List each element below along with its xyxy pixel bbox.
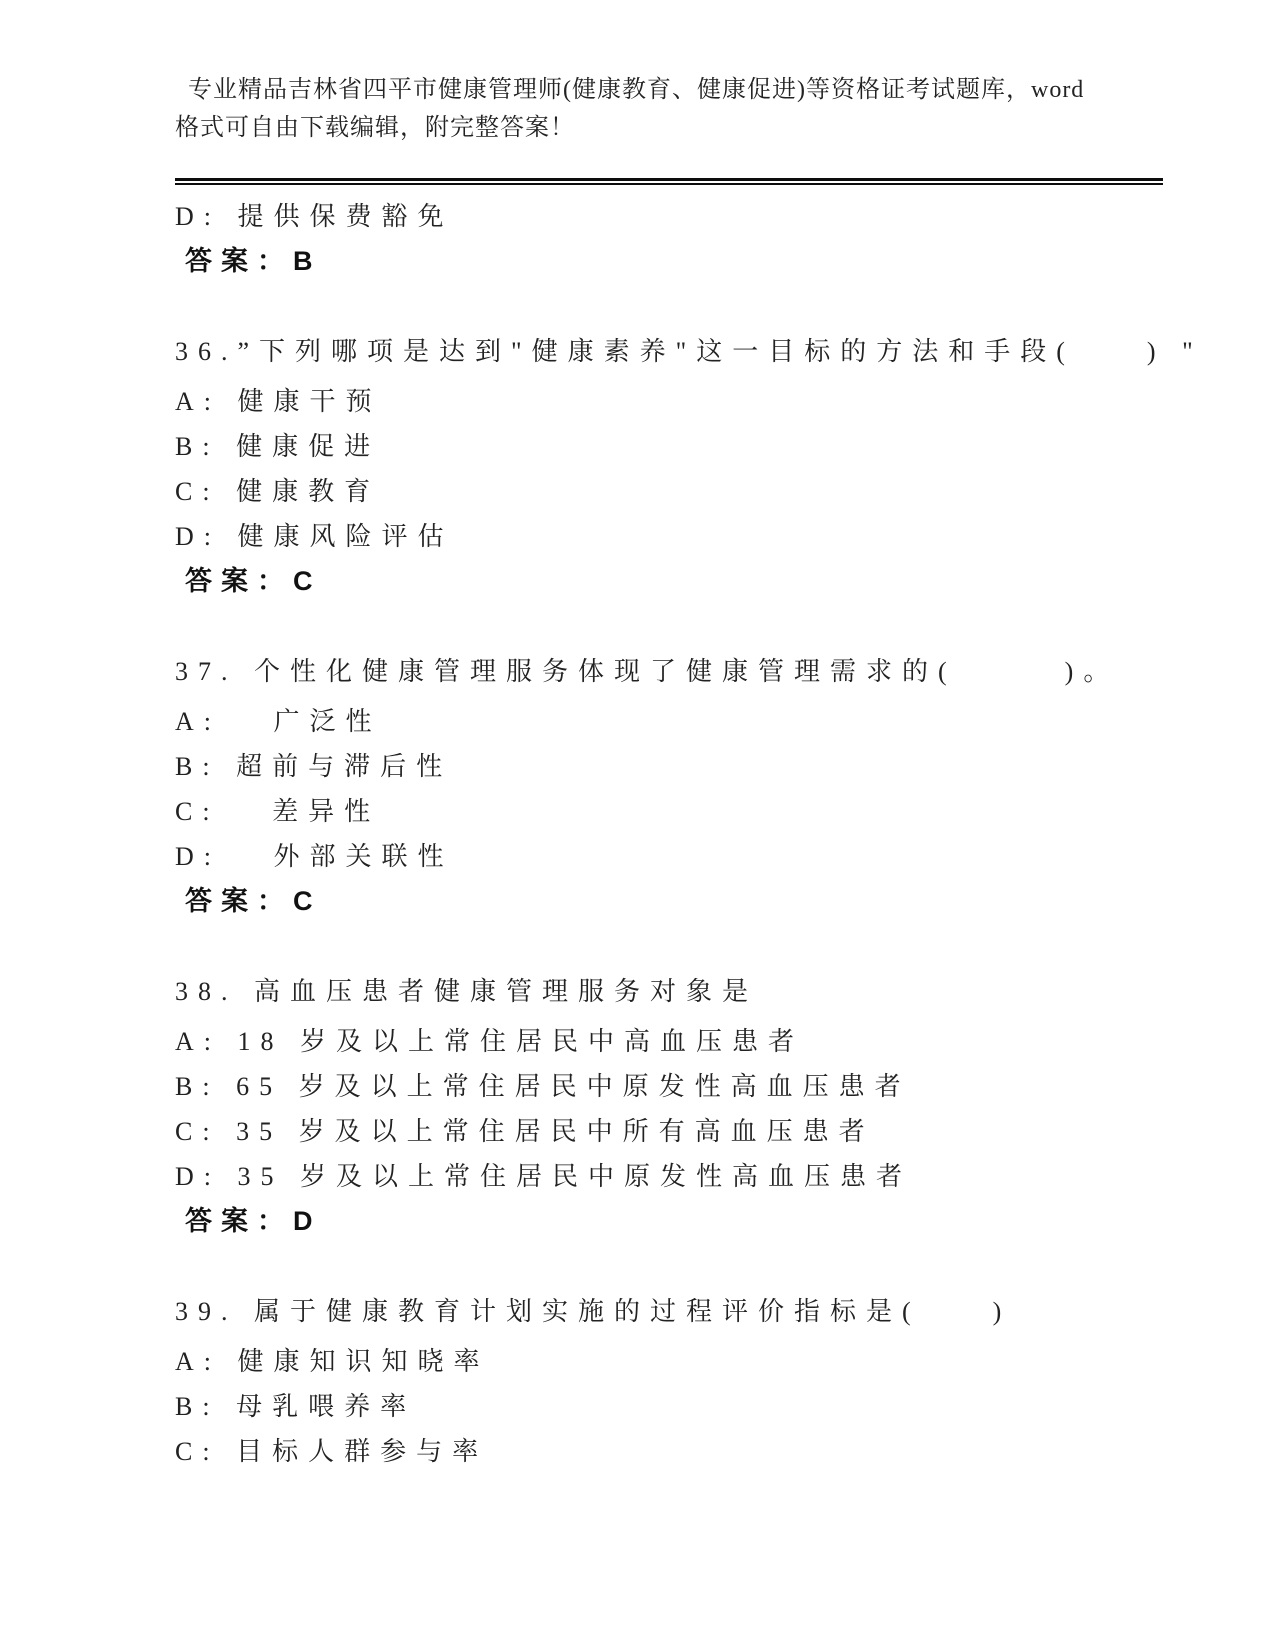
question-37-answer: 答案：C [175,879,1275,924]
question-37-block: 37. 个性化健康管理服务体现了健康管理需求的( )。 A: 广泛性 B: 超前… [175,649,1275,924]
question-39-option-c: C: 目标人群参与率 [175,1429,1275,1474]
header-divider-rule [175,178,1163,185]
question-37-option-a: A: 广泛性 [175,699,1275,744]
question-39-stem: 39. 属于健康教育计划实施的过程评价指标是( ) [175,1289,1275,1334]
document-page: 专业精品吉林省四平市健康管理师(健康教育、健康促进)等资格证考试题库，word … [0,0,1275,1650]
question-37-option-b: B: 超前与滞后性 [175,744,1275,789]
question-38-option-a: A: 18 岁及以上常住居民中高血压患者 [175,1019,1275,1064]
question-38-block: 38. 高血压患者健康管理服务对象是 A: 18 岁及以上常住居民中高血压患者 … [175,969,1275,1244]
question-38-stem: 38. 高血压患者健康管理服务对象是 [175,969,1275,1014]
question-36-answer: 答案：C [175,559,1275,604]
question-36-stem: 36.”下列哪项是达到"健康素养"这一目标的方法和手段( ) " [175,329,1275,374]
question-37-option-c: C: 差异性 [175,789,1275,834]
question-39-block: 39. 属于健康教育计划实施的过程评价指标是( ) A: 健康知识知晓率 B: … [175,1289,1275,1474]
question-38-option-b: B: 65 岁及以上常住居民中原发性高血压患者 [175,1064,1275,1109]
question-36-option-b: B: 健康促进 [175,424,1275,469]
question-36-option-d: D: 健康风险评估 [175,514,1275,559]
document-body: D: 提供保费豁免 答案：B 36.”下列哪项是达到"健康素养"这一目标的方法和… [175,194,1275,1474]
question-36-option-c: C: 健康教育 [175,469,1275,514]
question-35-option-d: D: 提供保费豁免 [175,194,1275,239]
question-38-answer: 答案：D [175,1199,1275,1244]
question-38-option-c: C: 35 岁及以上常住居民中所有高血压患者 [175,1109,1275,1154]
question-36-block: 36.”下列哪项是达到"健康素养"这一目标的方法和手段( ) " A: 健康干预… [175,329,1275,604]
page-header: 专业精品吉林省四平市健康管理师(健康教育、健康促进)等资格证考试题库，word … [175,0,1275,185]
question-37-option-d: D: 外部关联性 [175,834,1275,879]
header-text-line1: 专业精品吉林省四平市健康管理师(健康教育、健康促进)等资格证考试题库，word [175,71,1165,109]
question-39-option-b: B: 母乳喂养率 [175,1384,1275,1429]
question-38-option-d: D: 35 岁及以上常住居民中原发性高血压患者 [175,1154,1275,1199]
header-text-line2: 格式可自由下载编辑，附完整答案！ [175,109,1165,147]
question-35-tail: D: 提供保费豁免 答案：B [175,194,1275,284]
question-37-stem: 37. 个性化健康管理服务体现了健康管理需求的( )。 [175,649,1275,694]
question-35-answer: 答案：B [175,239,1275,284]
question-36-option-a: A: 健康干预 [175,379,1275,424]
question-39-option-a: A: 健康知识知晓率 [175,1339,1275,1384]
